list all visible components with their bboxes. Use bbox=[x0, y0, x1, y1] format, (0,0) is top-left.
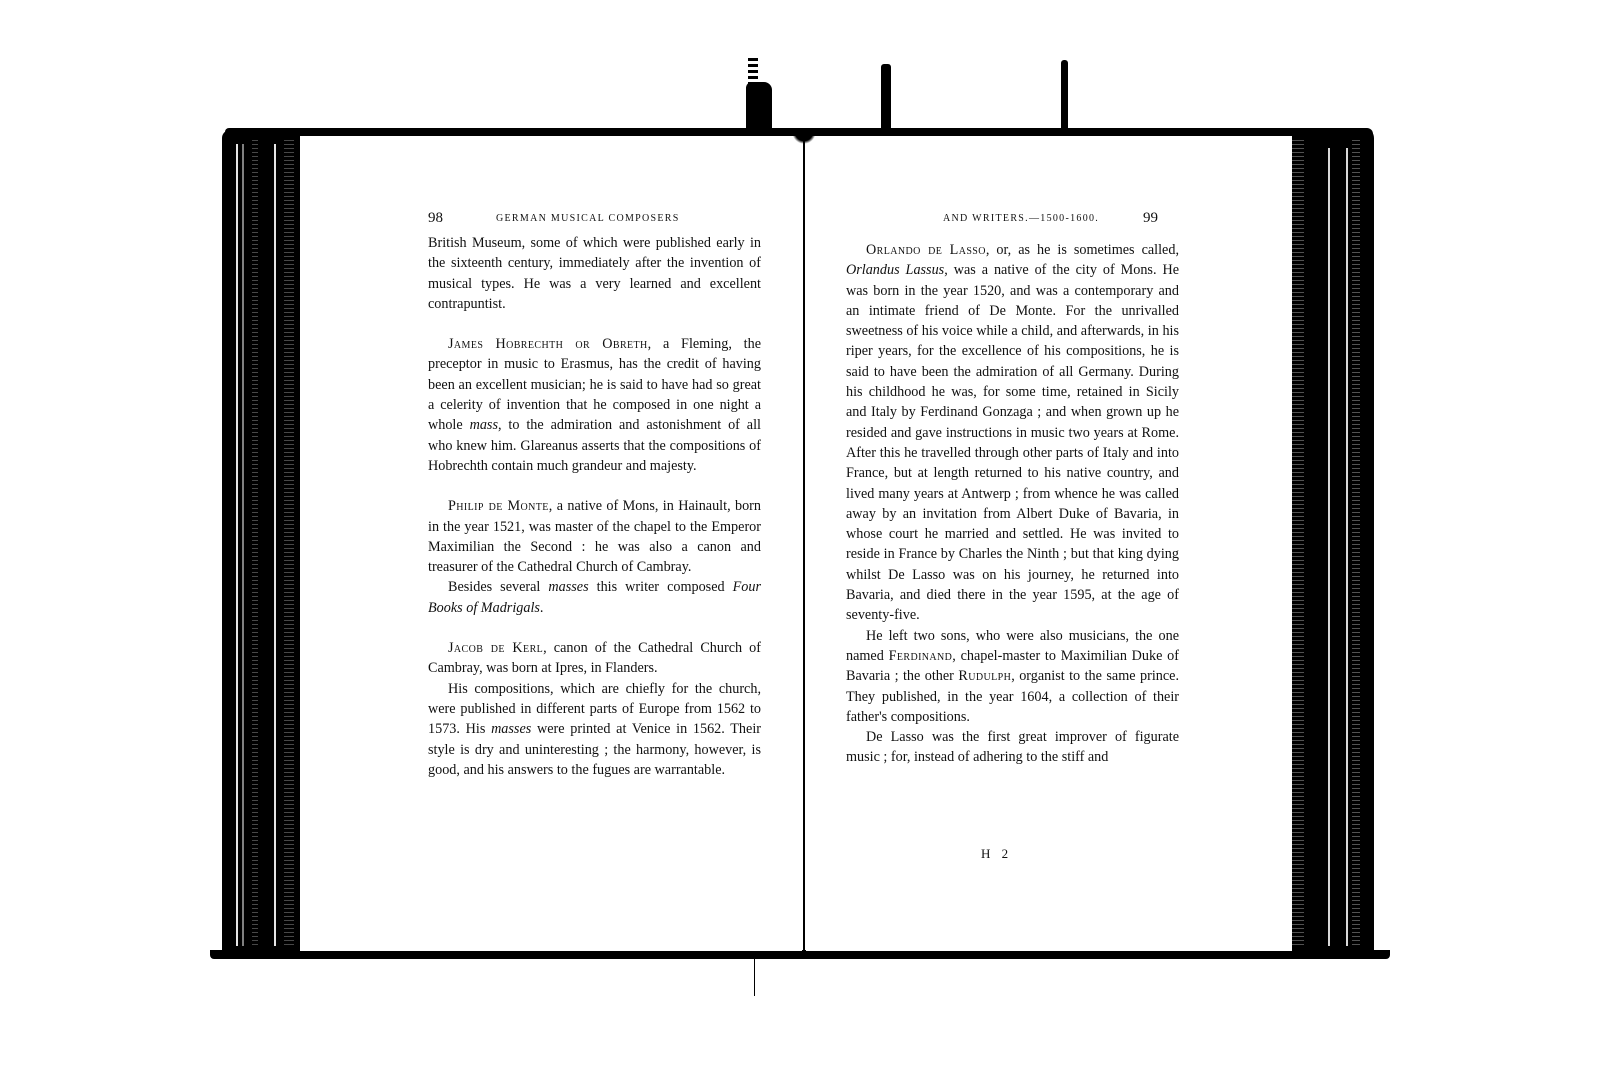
bookmark-ribbon bbox=[1061, 60, 1068, 134]
right-page: And Writers.—1500-1600. 99 Orlando de La… bbox=[806, 136, 1292, 951]
text-run: Besides several bbox=[448, 579, 548, 595]
name-small-caps: Philip de Monte bbox=[448, 498, 549, 514]
text-run: British Museum, some of which were publi… bbox=[428, 235, 761, 312]
right-page-block-edge bbox=[1292, 128, 1374, 958]
paragraph: Orlando de Lasso, or, as he is sometimes… bbox=[846, 240, 1179, 626]
bookmark-ribbon-frayed bbox=[748, 58, 758, 84]
name-small-caps: Ferdinand bbox=[889, 648, 953, 664]
text-run: . bbox=[540, 600, 544, 616]
name-small-caps: Jacob de Kerl bbox=[448, 640, 543, 656]
italic-text: mass bbox=[470, 417, 498, 433]
gutter-thread bbox=[754, 958, 755, 996]
running-head-title: German Musical Composers bbox=[496, 213, 680, 224]
running-head-title: And Writers.—1500-1600. bbox=[943, 213, 1099, 224]
name-small-caps: Orlando de Lasso bbox=[866, 242, 986, 258]
paragraph: He left two sons, who were also musician… bbox=[846, 626, 1179, 727]
paragraph: British Museum, some of which were publi… bbox=[428, 233, 761, 314]
page-number: 99 bbox=[1143, 210, 1158, 227]
name-small-caps: James Hobrechth or Obreth bbox=[448, 336, 648, 352]
paragraph: James Hobrechth or Obreth, a Fleming, th… bbox=[428, 334, 761, 476]
left-page: 98 German Musical Composers British Muse… bbox=[300, 136, 802, 951]
left-page-block-edge bbox=[222, 130, 300, 958]
open-book-scan: 98 German Musical Composers British Muse… bbox=[0, 0, 1600, 1078]
bookmark-ribbon bbox=[746, 82, 772, 134]
gutter-stitch bbox=[790, 132, 818, 146]
name-small-caps: Rudulph bbox=[958, 668, 1011, 684]
text-run: this writer composed bbox=[589, 579, 733, 595]
body-text: Orlando de Lasso, or, as he is sometimes… bbox=[846, 240, 1179, 768]
italic-text: masses bbox=[548, 579, 588, 595]
paragraph: His compositions, which are chiefly for … bbox=[428, 679, 761, 780]
signature-mark: H 2 bbox=[981, 846, 1012, 862]
italic-text: Orlandus Lassus bbox=[846, 262, 944, 278]
text-run: De Lasso was the first great improver of… bbox=[846, 729, 1179, 765]
paragraph: De Lasso was the first great improver of… bbox=[846, 727, 1179, 768]
italic-text: masses bbox=[491, 721, 531, 737]
paragraph: Besides several masses this writer compo… bbox=[428, 577, 761, 618]
paragraph: Philip de Monte, a native of Mons, in Ha… bbox=[428, 496, 761, 577]
text-run: , or, as he is sometimes called, bbox=[986, 242, 1179, 258]
text-run: , was a native of the city of Mons. He w… bbox=[846, 262, 1179, 623]
body-text: British Museum, some of which were publi… bbox=[428, 233, 761, 780]
paragraph: Jacob de Kerl, canon of the Cathedral Ch… bbox=[428, 638, 761, 679]
cover-bottom-edge bbox=[210, 950, 1390, 959]
bookmark-ribbon bbox=[881, 64, 891, 134]
book-gutter bbox=[803, 134, 805, 954]
page-number: 98 bbox=[428, 210, 443, 227]
